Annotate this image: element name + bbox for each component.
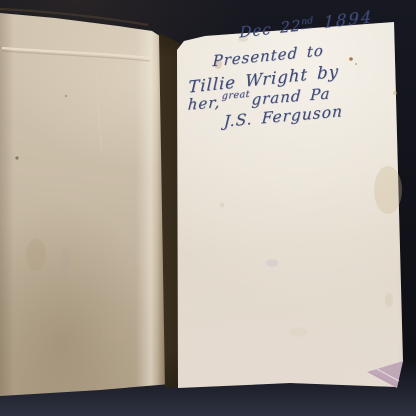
date-year: 1894 bbox=[323, 7, 373, 32]
date-day: Dec 22 bbox=[239, 16, 301, 41]
book-photo: Dec 22nd 1894 Presented to Tillie Wright… bbox=[0, 0, 416, 416]
inserted-word: great bbox=[221, 89, 250, 102]
date-ordinal: nd bbox=[301, 16, 313, 29]
handwritten-inscription: Dec 22nd 1894 Presented to Tillie Wright… bbox=[181, 9, 414, 136]
